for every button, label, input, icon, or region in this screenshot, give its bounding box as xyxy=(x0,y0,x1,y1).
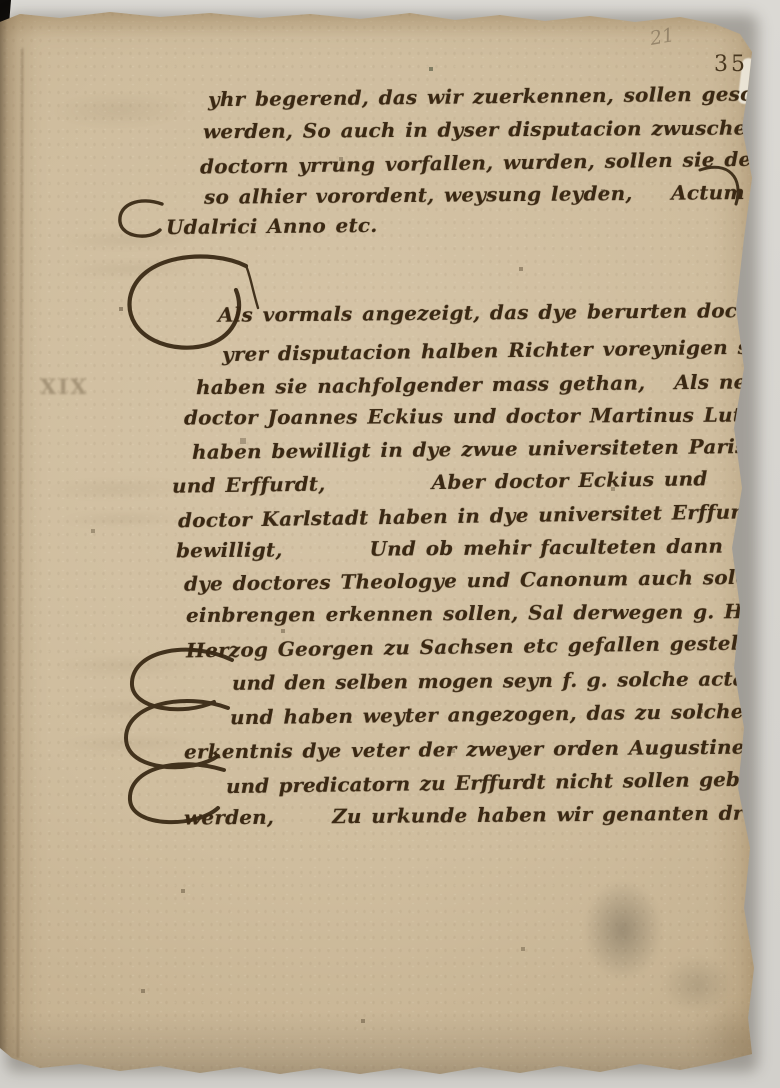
ink-showthrough xyxy=(66,697,196,719)
manuscript-line: werden, So auch in dyser disputacion zwu… xyxy=(203,115,780,144)
manuscript-line: Herzog Georgen zu Sachsen etc gefallen g… xyxy=(186,630,780,663)
manuscript-line: werden, Zu urkunde haben wir genanten dr… xyxy=(184,800,768,829)
manuscript-line: und den selben mogen seyn f. g. solche a… xyxy=(232,665,780,695)
manuscript-page: XIX 21 35 yhr begerend, das wir zuerkenn… xyxy=(0,8,760,1076)
manuscript-line: yhr begerend, das wir zuerkennen, sollen… xyxy=(208,81,780,111)
ink-showthrough xyxy=(62,259,202,279)
manuscript-line: doctor Karlstadt haben in dye universite… xyxy=(178,498,780,533)
scan-background: XIX 21 35 yhr begerend, das wir zuerkenn… xyxy=(0,0,780,1088)
manuscript-line: und predicatorn zu Erffurdt nicht sollen… xyxy=(226,766,780,798)
page-edge-shading-top xyxy=(0,8,760,38)
manuscript-line: haben sie nachfolgender mass gethan, Als… xyxy=(196,369,780,399)
manuscript-line: doctor Joannes Eckius und doctor Martinu… xyxy=(184,402,766,429)
ink-showthrough xyxy=(58,509,188,529)
manuscript-line: und haben weyter angezogen, das zu solch… xyxy=(230,699,765,730)
manuscript-line: dye doctores Theologye und Canonum auch … xyxy=(184,564,780,595)
manuscript-line: doctorn yrrung vorfallen, wurden, sollen… xyxy=(200,145,780,178)
manuscript-line: einbrengen erkennen sollen, Sal derwegen… xyxy=(186,599,780,627)
margin-showthrough-note: XIX xyxy=(40,374,88,399)
corner-stain xyxy=(690,998,780,1088)
smudge-stain xyxy=(583,880,663,980)
ink-showthrough xyxy=(58,733,198,755)
manuscript-line: so alhier vorordent, weysung leyden, Act… xyxy=(204,179,780,209)
pencil-annotation: 21 xyxy=(648,24,676,50)
ink-showthrough xyxy=(50,91,191,129)
manuscript-line: und Erffurdt, Aber doctor Eckius und xyxy=(172,466,708,497)
page-number: 35 xyxy=(714,52,748,77)
manuscript-line: bewilligt, Und ob mehir faculteten dann xyxy=(176,534,723,563)
manuscript-line: Als vormals angezeigt, das dye berurten … xyxy=(218,297,780,327)
ink-showthrough xyxy=(52,653,202,680)
manuscript-line: yrer disputacion halben Richter voreynig… xyxy=(222,334,780,366)
manuscript-line: Udalrici Anno etc. xyxy=(166,213,378,239)
manuscript-line: haben bewilligt in dye zwue universitete… xyxy=(192,434,747,464)
manuscript-line: erkentnis dye veter der zweyer orden Aug… xyxy=(184,734,770,763)
